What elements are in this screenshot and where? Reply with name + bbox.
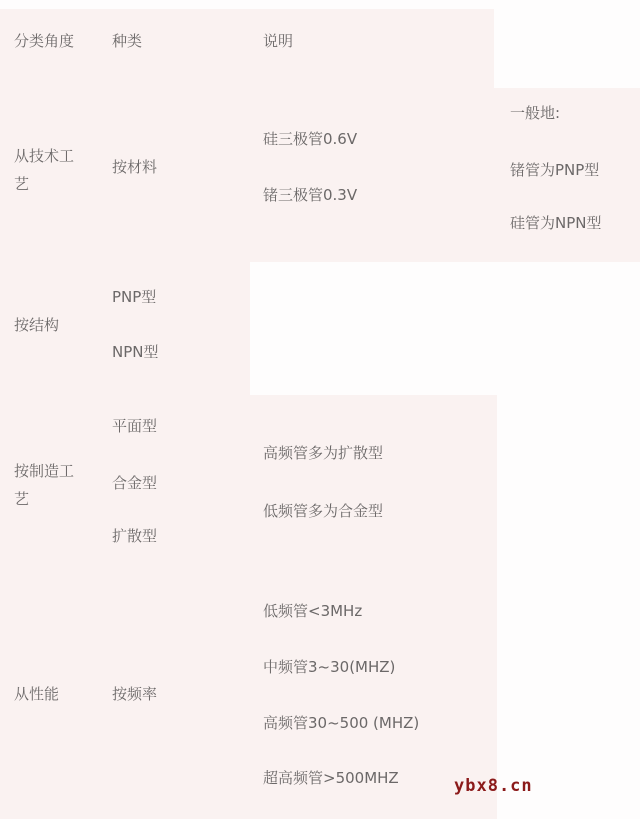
kind-cell: NPN型 [112,342,159,362]
column-header-category: 分类角度 [14,31,74,51]
kind-cell: 按频率 [112,684,157,704]
kind-cell: 合金型 [112,473,157,493]
kind-cell: 按材料 [112,157,157,177]
classification-table: 分类角度 种类 说明 从技术工艺 按材料 硅三极管0.6V 锗三极管0.3V 一… [0,0,640,819]
background-strip-top [0,0,497,9]
description-cell: 低频管多为合金型 [263,501,383,521]
description-cell: 低频管<3MHz [263,601,362,621]
remark-cell: 锗管为PNP型 [510,160,599,180]
description-cell: 超高频管>500MHZ [263,768,399,788]
category-cell: 按制造工艺 [14,457,82,513]
category-cell: 从技术工艺 [14,142,82,198]
description-cell: 硅三极管0.6V [263,129,357,149]
description-cell: 高频管30~500 (MHZ) [263,713,419,733]
background-block-top-right [494,0,640,88]
description-cell: 高频管多为扩散型 [263,443,383,463]
site-watermark: ybx8.cn [454,776,533,796]
category-cell: 从性能 [14,684,59,704]
remark-cell: 硅管为NPN型 [510,213,602,233]
column-header-description: 说明 [263,31,293,51]
remark-cell: 一般地: [510,103,560,123]
description-cell: 锗三极管0.3V [263,185,357,205]
category-cell: 按结构 [14,315,59,335]
description-cell: 中频管3~30(MHZ) [263,657,395,677]
column-header-kind: 种类 [112,31,142,51]
background-block-right [497,262,640,819]
kind-cell: PNP型 [112,287,156,307]
kind-cell: 扩散型 [112,526,157,546]
kind-cell: 平面型 [112,416,157,436]
